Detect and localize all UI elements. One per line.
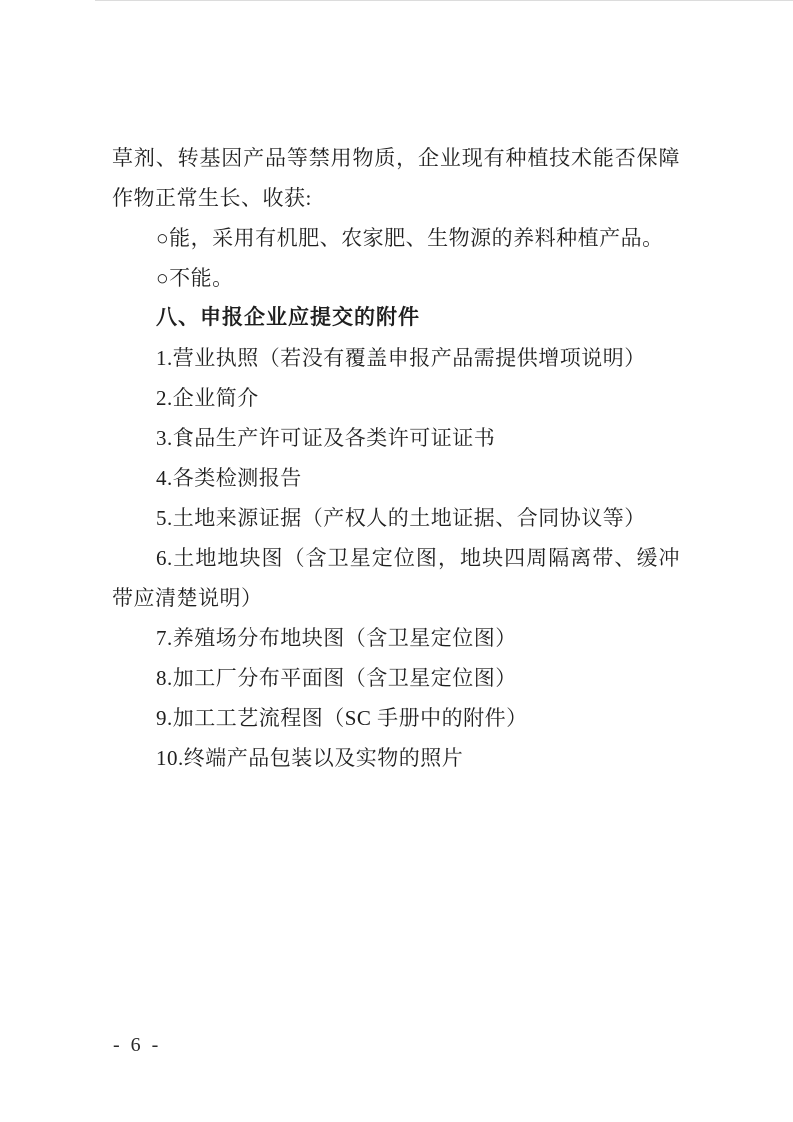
option-can: ○能，采用有机肥、农家肥、生物源的养料种植产品。 <box>112 218 680 258</box>
scan-edge-artifact <box>95 0 793 1</box>
attachment-item-3: 3.食品生产许可证及各类许可证证书 <box>112 418 680 458</box>
attachment-item-2: 2.企业简介 <box>112 378 680 418</box>
attachment-item-9: 9.加工工艺流程图（SC 手册中的附件） <box>112 698 680 738</box>
continued-paragraph-line-1: 草剂、转基因产品等禁用物质，企业现有种植技术能否保障 <box>112 138 680 178</box>
attachment-item-6-line-1: 6.土地地块图（含卫星定位图，地块四周隔离带、缓冲 <box>112 538 680 578</box>
attachment-item-1: 1.营业执照（若没有覆盖申报产品需提供增项说明） <box>112 338 680 378</box>
attachment-item-8: 8.加工厂分布平面图（含卫星定位图） <box>112 658 680 698</box>
attachment-item-7: 7.养殖场分布地块图（含卫星定位图） <box>112 618 680 658</box>
option-cannot: ○不能。 <box>112 258 680 298</box>
attachment-item-6-line-2: 带应清楚说明） <box>112 578 680 618</box>
continued-paragraph-line-2: 作物正常生长、收获: <box>112 178 680 218</box>
attachment-item-5: 5.土地来源证据（产权人的土地证据、合同协议等） <box>112 498 680 538</box>
page-number: - 6 - <box>113 1033 161 1057</box>
document-page: 草剂、转基因产品等禁用物质，企业现有种植技术能否保障 作物正常生长、收获: ○能… <box>0 0 793 1122</box>
attachment-item-10: 10.终端产品包装以及实物的照片 <box>112 738 680 778</box>
section-heading: 八、申报企业应提交的附件 <box>112 298 680 338</box>
attachment-item-4: 4.各类检测报告 <box>112 458 680 498</box>
body-text: 草剂、转基因产品等禁用物质，企业现有种植技术能否保障 作物正常生长、收获: ○能… <box>112 138 680 778</box>
